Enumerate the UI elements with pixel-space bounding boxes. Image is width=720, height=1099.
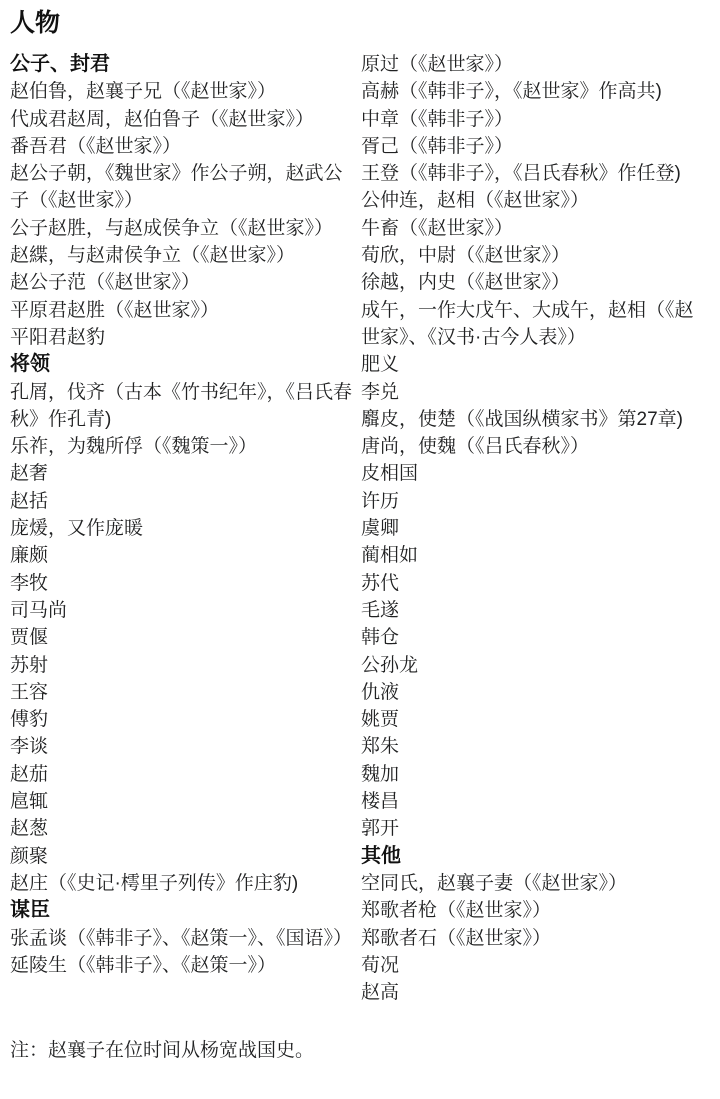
person-list-item: 孔屑，伐齐（古本《竹书纪年》，《吕氏春秋》作孔青) bbox=[10, 379, 355, 434]
person-list-item: 肥义 bbox=[361, 351, 706, 378]
person-list-item: 徐越，内史（《赵世家》） bbox=[361, 269, 706, 296]
subsection-heading: 将领 bbox=[10, 351, 355, 378]
person-list-item: 颜聚 bbox=[10, 843, 355, 870]
person-list-item: 李兑 bbox=[361, 379, 706, 406]
footnote: 注：赵襄子在位时间从杨宽战国史。 bbox=[10, 1037, 710, 1064]
person-list-item: 平原君赵胜（《赵世家》） bbox=[10, 297, 355, 324]
person-list-item: 庞煖，又作庞暖 bbox=[10, 515, 355, 542]
person-list-item: 皮相国 bbox=[361, 460, 706, 487]
person-list-item: 许历 bbox=[361, 488, 706, 515]
person-list-item: 公子赵胜，与赵成侯争立（《赵世家》） bbox=[10, 215, 355, 242]
person-list-item: 廉颇 bbox=[10, 542, 355, 569]
person-list-item: 中章（《韩非子》） bbox=[361, 106, 706, 133]
person-list-item: 虞卿 bbox=[361, 515, 706, 542]
person-list-item: 赵緤，与赵肃侯争立（《赵世家》） bbox=[10, 242, 355, 269]
person-list-item: 赵庄（《史记·樗里子列传》作庄豹) bbox=[10, 870, 355, 897]
person-list-item: 傅豹 bbox=[10, 706, 355, 733]
person-list-item: 郑朱 bbox=[361, 733, 706, 760]
page-title: 人物 bbox=[10, 8, 710, 38]
person-list-item: 公孙龙 bbox=[361, 652, 706, 679]
person-list-item: 公仲连，赵相（《赵世家》） bbox=[361, 187, 706, 214]
person-list-item: 赵公子朝，《魏世家》作公子朔，赵武公子（《赵世家》） bbox=[10, 160, 355, 215]
person-list-item: 乐祚，为魏所俘（《魏策一》） bbox=[10, 433, 355, 460]
person-list-item: 番吾君（《赵世家》） bbox=[10, 133, 355, 160]
person-list-item: 郑歌者枪（《赵世家》） bbox=[361, 897, 706, 924]
person-list-item: 赵茄 bbox=[10, 761, 355, 788]
person-list-item: 代成君赵周，赵伯鲁子（《赵世家》） bbox=[10, 106, 355, 133]
subsection-heading: 谋臣 bbox=[10, 897, 355, 924]
person-list-item: 苏射 bbox=[10, 652, 355, 679]
two-column-list: 公子、封君赵伯鲁，赵襄子兄（《赵世家》）代成君赵周，赵伯鲁子（《赵世家》）番吾君… bbox=[10, 51, 710, 1006]
person-list-item: 王登（《韩非子》，《吕氏春秋》作任登) bbox=[361, 160, 706, 187]
person-list-item: 赵伯鲁，赵襄子兄（《赵世家》） bbox=[10, 78, 355, 105]
subsection-heading: 公子、封君 bbox=[10, 51, 355, 78]
person-list-item: 赵括 bbox=[10, 488, 355, 515]
person-list-item: 张孟谈（《韩非子》、《赵策一》、《国语》） bbox=[10, 925, 355, 952]
column-right: 原过（《赵世家》）高赫（《韩非子》，《赵世家》作高共)中章（《韩非子》）胥己（《… bbox=[361, 51, 706, 1006]
person-list-item: 赵高 bbox=[361, 979, 706, 1006]
person-list-item: 魏加 bbox=[361, 761, 706, 788]
person-list-item: 韩仓 bbox=[361, 624, 706, 651]
person-list-item: 王容 bbox=[10, 679, 355, 706]
subsection-heading: 其他 bbox=[361, 843, 706, 870]
person-list-item: 延陵生（《韩非子》、《赵策一》） bbox=[10, 952, 355, 979]
person-list-item: 空同氏，赵襄子妻（《赵世家》） bbox=[361, 870, 706, 897]
person-list-item: 胥己（《韩非子》） bbox=[361, 133, 706, 160]
person-list-item: 蔺相如 bbox=[361, 542, 706, 569]
person-list-item: 毛遂 bbox=[361, 597, 706, 624]
person-list-item: 司马尚 bbox=[10, 597, 355, 624]
person-list-item: 仇液 bbox=[361, 679, 706, 706]
person-list-item: 高赫（《韩非子》，《赵世家》作高共) bbox=[361, 78, 706, 105]
person-list-item: 赵葱 bbox=[10, 815, 355, 842]
person-list-item: 楼昌 bbox=[361, 788, 706, 815]
person-list-item: 扈辄 bbox=[10, 788, 355, 815]
person-list-item: 赵公子范（《赵世家》） bbox=[10, 269, 355, 296]
person-list-item: 郑歌者石（《赵世家》） bbox=[361, 925, 706, 952]
person-list-item: 赵奢 bbox=[10, 460, 355, 487]
person-list-item: 贾偃 bbox=[10, 624, 355, 651]
person-list-item: 郭开 bbox=[361, 815, 706, 842]
column-left: 公子、封君赵伯鲁，赵襄子兄（《赵世家》）代成君赵周，赵伯鲁子（《赵世家》）番吾君… bbox=[10, 51, 355, 979]
person-list-item: 唐尚，使魏（《吕氏春秋》） bbox=[361, 433, 706, 460]
person-list-item: 苏代 bbox=[361, 570, 706, 597]
person-list-item: 李牧 bbox=[10, 570, 355, 597]
person-list-item: 姚贾 bbox=[361, 706, 706, 733]
person-list-item: 荀况 bbox=[361, 952, 706, 979]
person-list-item: 原过（《赵世家》） bbox=[361, 51, 706, 78]
person-list-item: 成午，一作大戊午、大成午，赵相（《赵世家》、《汉书·古今人表》） bbox=[361, 297, 706, 352]
person-list-item: 牛畜（《赵世家》） bbox=[361, 215, 706, 242]
person-list-item: 荀欣，中尉（《赵世家》） bbox=[361, 242, 706, 269]
person-list-item: 李谈 bbox=[10, 733, 355, 760]
person-list-item: 平阳君赵豹 bbox=[10, 324, 355, 351]
person-list-item: 麛皮，使楚（《战国纵横家书》第27章) bbox=[361, 406, 706, 433]
article-section: 人物 公子、封君赵伯鲁，赵襄子兄（《赵世家》）代成君赵周，赵伯鲁子（《赵世家》）… bbox=[0, 0, 720, 1064]
